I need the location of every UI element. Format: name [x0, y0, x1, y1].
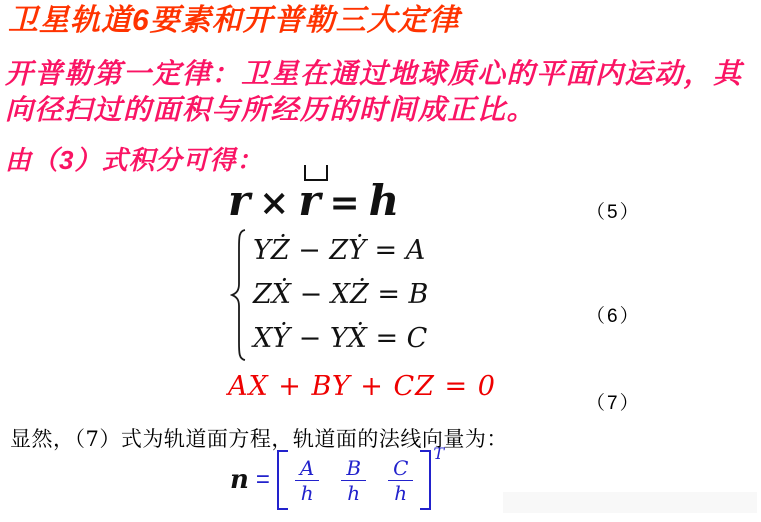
vector-components: A h B h C h — [288, 457, 420, 504]
equation-6-line-2: ZẊ − XŻ = B — [253, 273, 428, 317]
equation-5: r × r = h — [228, 180, 399, 222]
slide-title: 卫星轨道6要素和开普勒三大定律 — [8, 4, 460, 39]
eq5-equals-sign: = — [329, 185, 359, 221]
equation-7-number: （7） — [586, 388, 641, 415]
equation-6-line-3: XẎ − YẊ = C — [253, 317, 428, 361]
left-brace — [230, 228, 247, 362]
fraction-c-over-h: C h — [388, 457, 413, 504]
vector-n: n — [230, 467, 249, 493]
fraction-c-numerator: C — [388, 457, 413, 481]
fraction-b-over-h: B h — [341, 457, 366, 504]
fraction-a-numerator: A — [295, 457, 319, 481]
fraction-b-denominator: h — [347, 481, 360, 504]
eq5-cross-operator: × — [259, 185, 289, 221]
left-bracket — [277, 450, 288, 510]
vector-equals-sign: = — [256, 468, 270, 492]
right-bracket — [420, 450, 431, 510]
derivation-intro: 由（3）式积分可得： — [5, 146, 263, 176]
eq5-dotted-r: r — [298, 180, 320, 222]
normal-vector-equation: n = A h B h C h T — [230, 450, 444, 510]
slide: 卫星轨道6要素和开普勒三大定律 开普勒第一定律：卫星在通过地球质心的平面内运动，… — [0, 0, 761, 522]
missing-glyph-box — [304, 165, 328, 181]
kepler-first-law-line1: 开普勒第一定律：卫星在通过地球质心的平面内运动，其 — [5, 58, 743, 90]
equation-6: YŻ − ZẎ = A ZẊ − XŻ = B XẎ − YẊ = C — [230, 228, 428, 362]
equation-6-number: （6） — [586, 301, 641, 328]
fraction-a-denominator: h — [301, 481, 314, 504]
equation-5-number: （5） — [586, 197, 641, 224]
equation-6-lines: YŻ − ZẎ = A ZẊ − XŻ = B XẎ − YẊ = C — [253, 229, 428, 361]
transpose-superscript: T — [433, 444, 444, 463]
equation-7: AX + BY + CZ = 0 — [228, 372, 496, 402]
eq5-vector-r1: r — [228, 180, 250, 222]
watermark-box — [503, 492, 757, 513]
equation-6-line-1: YŻ − ZẎ = A — [253, 229, 428, 273]
fraction-c-denominator: h — [394, 481, 407, 504]
eq5-vector-h: h — [369, 180, 400, 222]
kepler-first-law-line2: 向径扫过的面积与所经历的时间成正比。 — [5, 94, 536, 126]
fraction-b-numerator: B — [341, 457, 366, 481]
eq5-vector-r2: r — [298, 176, 320, 225]
fraction-a-over-h: A h — [295, 457, 319, 504]
